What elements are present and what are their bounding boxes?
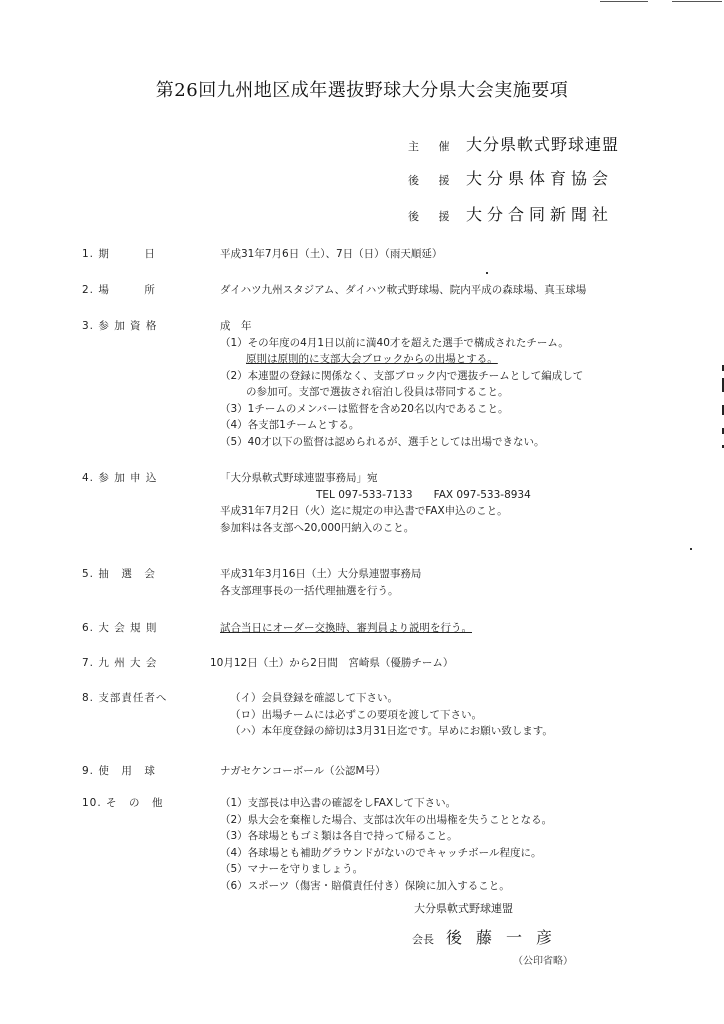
item-line: の参加可。支部で選抜され宿泊し役員は帯同すること。 — [220, 384, 670, 401]
item-label: 4. 参 加 申 込 — [82, 470, 210, 487]
signature-president: 会長 後藤一彦 — [412, 925, 566, 948]
item-line: 各支部理事長の一括代理抽選を行う。 — [220, 583, 670, 600]
organizer-name: 大分県軟式野球連盟 — [466, 132, 619, 155]
item-line: （2）県大会を棄権した場合、支部は次年の出場権を失うこととなる。 — [220, 812, 670, 829]
item-line: 平成31年7月6日（土）、7日（日）（雨天順延） — [220, 246, 670, 263]
item-body: 「大分県軟式野球連盟事務局」宛 TEL 097-533-7133 FAX 097… — [220, 470, 670, 536]
organizer-sponsor-2: 後 援 大分合同新聞社 — [408, 202, 648, 225]
item-line: 10月12日（土）から2日間 宮崎県（優勝チーム） — [210, 655, 660, 672]
item-body: 成 年 （1）その年度の4月1日以前に満40才を超えた選手で構成されたチーム。 … — [220, 318, 670, 450]
item-label: 5. 抽 選 会 — [82, 566, 210, 583]
item-line: （3）各球場ともゴミ類は各自で持って帰ること。 — [220, 828, 670, 845]
item-line: ナガセケンコーボール（公認M号） — [220, 763, 670, 780]
item-label: 3. 参 加 資 格 — [82, 318, 210, 335]
item-label: 7. 九 州 大 会 — [82, 655, 210, 672]
organizer-role: 後 援 — [408, 172, 466, 188]
organizer-role: 後 援 — [408, 208, 466, 224]
organizer-name: 大分合同新聞社 — [466, 202, 613, 225]
organizer-sponsor-1: 後 援 大分県体育協会 — [408, 166, 648, 189]
organizer-role: 主 催 — [408, 138, 466, 154]
item-line: ダイハツ九州スタジアム、ダイハツ軟式野球場、院内平成の森球場、真玉球場 — [220, 282, 670, 299]
item-label: 2. 場 所 — [82, 282, 210, 299]
item-line: 原則は原則的に支部大会ブロックからの出場とする。 — [220, 351, 670, 368]
item-body: （イ）会員登録を確認して下さい。 （ロ）出場チームには必ずこの要項を渡して下さい… — [230, 690, 680, 740]
item-line: （3）1チームのメンバーは監督を含め20名以内であること。 — [220, 401, 670, 418]
item-line: 平成31年3月16日（土）大分県連盟事務局 — [220, 566, 670, 583]
scan-artifact — [486, 272, 488, 274]
scan-edge-line — [672, 1, 722, 2]
item-line: （5）マナーを守りましょう。 — [220, 861, 670, 878]
item-line: 試合当日にオーダー交換時、審判員より説明を行う。 — [220, 620, 670, 637]
item-body: ダイハツ九州スタジアム、ダイハツ軟式野球場、院内平成の森球場、真玉球場 — [220, 282, 670, 299]
item-line: 参加料は各支部へ20,000円納入のこと。 — [220, 520, 670, 537]
item-label: 8. 支部責任者へ — [82, 690, 210, 707]
item-line: （1）その年度の4月1日以前に満40才を超えた選手で構成されたチーム。 — [220, 335, 670, 352]
contact-line: TEL 097-533-7133 FAX 097-533-8934 — [220, 487, 670, 504]
item-line: （6）スポーツ（傷害・賠償責任付き）保険に加入すること。 — [220, 878, 670, 895]
scan-edge-line — [600, 1, 648, 2]
item-line: （2）本連盟の登録に関係なく、支部ブロック内で選抜チームとして編成して — [220, 368, 670, 385]
item-label: 9. 使 用 球 — [82, 763, 210, 780]
seal-omitted-note: （公印省略） — [513, 952, 573, 967]
president-title: 会長 — [412, 931, 434, 947]
document-title: 第26回九州地区成年選抜野球大分県大会実施要項 — [0, 76, 724, 102]
item-body: 平成31年3月16日（土）大分県連盟事務局 各支部理事長の一括代理抽選を行う。 — [220, 566, 670, 599]
organizer-host: 主 催 大分県軟式野球連盟 — [408, 132, 648, 155]
item-line: （イ）会員登録を確認して下さい。 — [230, 690, 680, 707]
item-body: 10月12日（土）から2日間 宮崎県（優勝チーム） — [210, 655, 660, 672]
signature-organization: 大分県軟式野球連盟 — [414, 900, 513, 916]
item-body: ナガセケンコーボール（公認M号） — [220, 763, 670, 780]
president-name: 後藤一彦 — [446, 925, 566, 948]
item-line: 「大分県軟式野球連盟事務局」宛 — [220, 470, 670, 487]
item-line: （5）40才以下の監督は認められるが、選手としては出場できない。 — [220, 434, 670, 451]
item-line: （ロ）出場チームには必ずこの要項を渡して下さい。 — [230, 707, 680, 724]
item-label: 1. 期 日 — [82, 246, 210, 263]
item-body: 平成31年7月6日（土）、7日（日）（雨天順延） — [220, 246, 670, 263]
item-line: 平成31年7月2日（火）迄に規定の申込書でFAX申込のこと。 — [220, 503, 670, 520]
item-label: 10. そ の 他 — [82, 795, 210, 812]
item-line: 成 年 — [220, 318, 670, 335]
item-line: （4）各支部1チームとする。 — [220, 417, 670, 434]
item-line: （ハ）本年度登録の締切は3月31日迄です。早めにお願い致します。 — [230, 723, 680, 740]
organizer-name: 大分県体育協会 — [466, 166, 613, 189]
item-body: （1）支部長は申込書の確認をしFAXして下さい。 （2）県大会を棄権した場合、支… — [220, 795, 670, 894]
item-line: （4）各球場とも補助グラウンドがないのでキャッチボール程度に。 — [220, 845, 670, 862]
item-body: 試合当日にオーダー交換時、審判員より説明を行う。 — [220, 620, 670, 637]
item-line: （1）支部長は申込書の確認をしFAXして下さい。 — [220, 795, 670, 812]
item-label: 6. 大 会 規 則 — [82, 620, 210, 637]
scan-artifact — [690, 548, 692, 550]
